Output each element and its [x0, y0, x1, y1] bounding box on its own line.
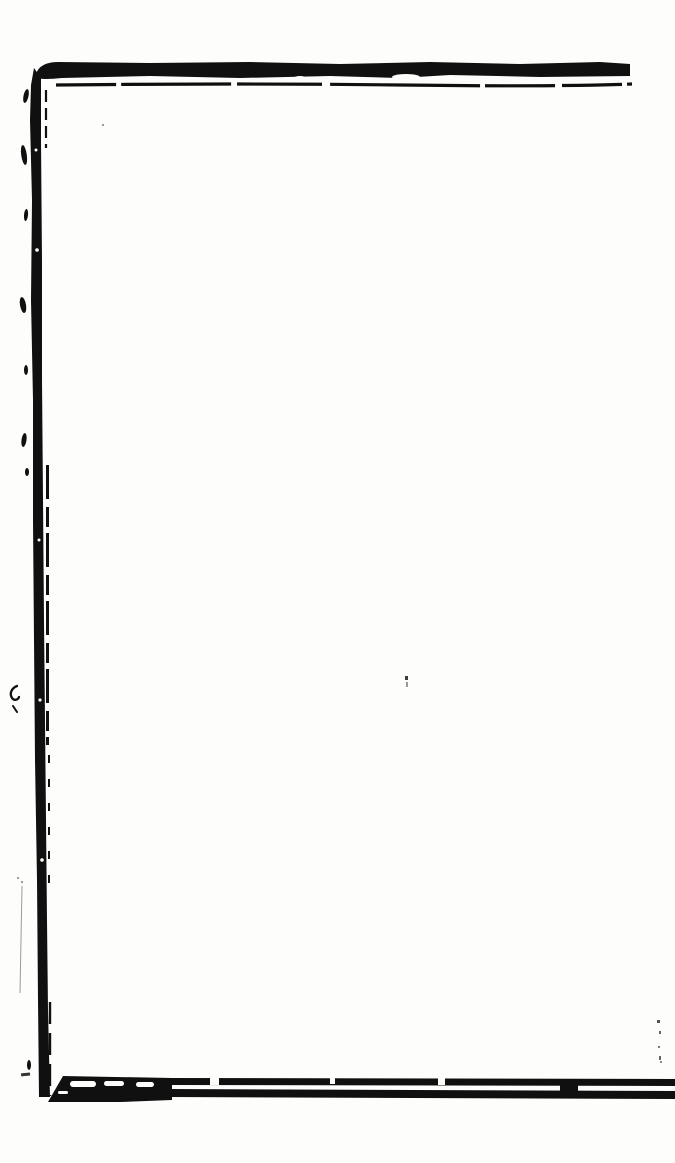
top-border [36, 62, 632, 86]
ink-specks-right-edge [657, 1020, 662, 1063]
left-border [19, 68, 50, 1097]
top-border-thin-rule [56, 84, 632, 86]
bottom-left-corner-blob [48, 1076, 172, 1102]
bottom-border-lower-rule [170, 1089, 675, 1099]
left-border-fuzz [19, 89, 31, 1070]
handwritten-squiggle-tail [13, 706, 17, 712]
faint-dot-b [21, 881, 23, 883]
page-frame-art [0, 0, 675, 1163]
ink-speck-center [405, 676, 408, 687]
short-dash-bottom-left [21, 1072, 30, 1076]
bottom-border-upper-rule [170, 1078, 675, 1086]
bottom-border [21, 1072, 675, 1102]
scanned-page [0, 0, 675, 1163]
faint-dot-c [102, 124, 104, 126]
bottom-rule-connector-blob [560, 1080, 578, 1094]
top-rule-nick [294, 76, 306, 80]
top-rule-notch [392, 74, 420, 80]
marginalia [11, 124, 662, 1063]
faint-dot-a [17, 877, 19, 879]
top-border-thick-rule [36, 62, 630, 79]
handwritten-squiggle-mark [11, 686, 19, 700]
faint-hairline-left-margin [20, 886, 22, 993]
